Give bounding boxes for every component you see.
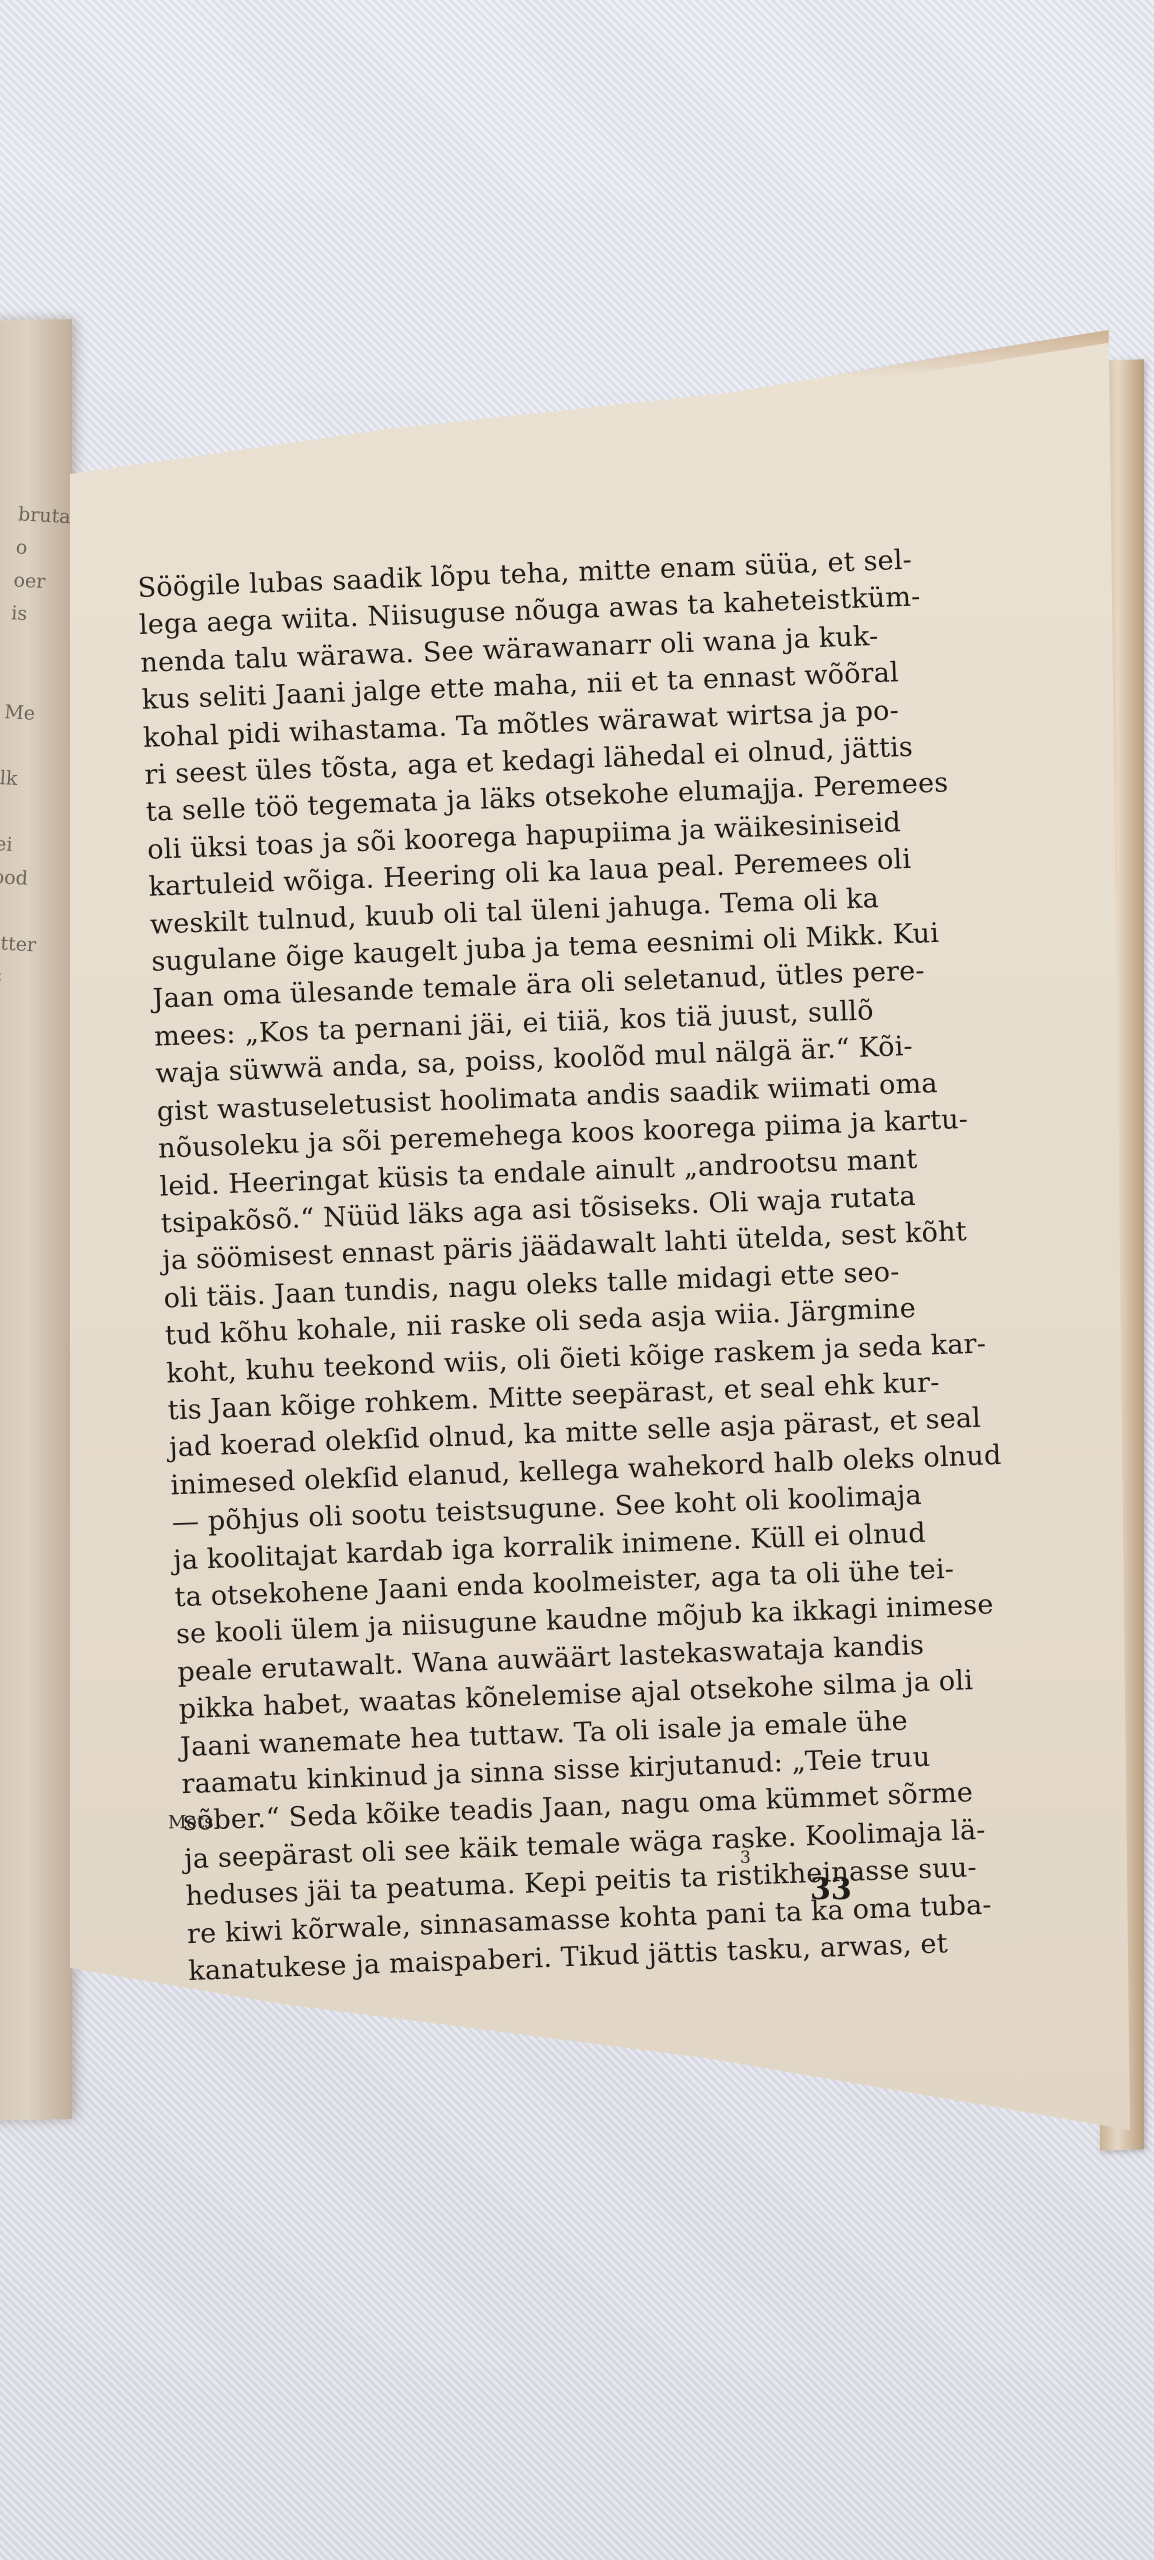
left-page-text-fragments: bruta o oer is Me lk ei ood ütter is [0, 498, 72, 996]
signature-mark: Mets [168, 1812, 214, 1834]
body-text: Söögile lubas saadik lõpu teha, mitte en… [137, 544, 909, 1991]
page-number: 33 [810, 1872, 852, 1907]
book-photo: bruta o oer is Me lk ei ood ütter is Söö… [0, 0, 1154, 2560]
left-page: bruta o oer is Me lk ei ood ütter is [0, 319, 72, 2121]
signature-number: 3 [740, 1848, 751, 1868]
